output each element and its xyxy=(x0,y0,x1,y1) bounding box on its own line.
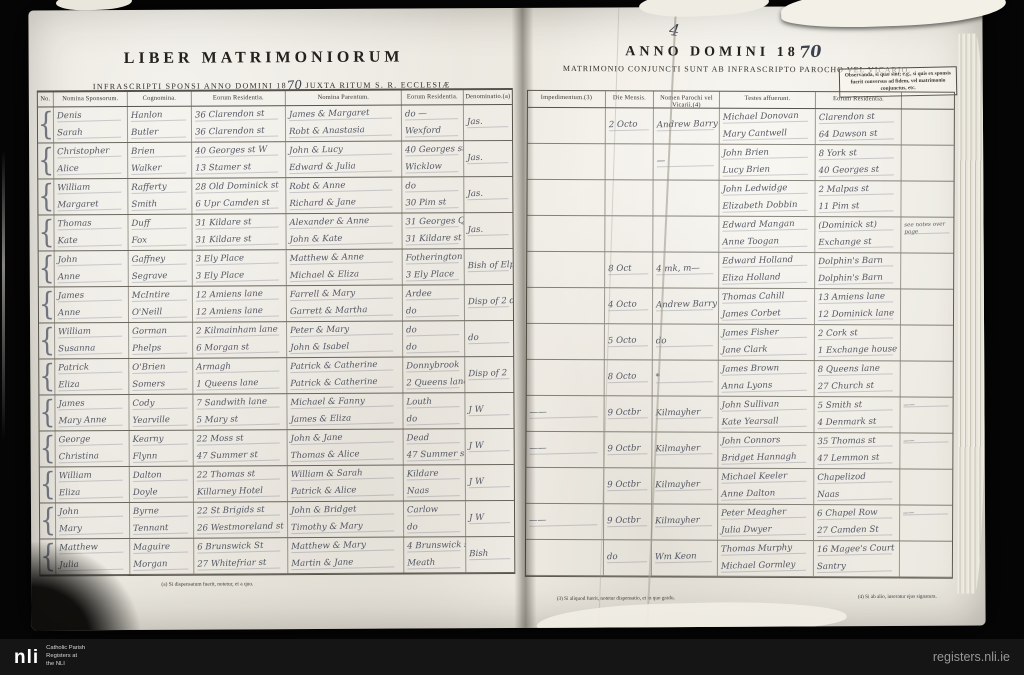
priest-cell: Andrew Barry xyxy=(654,108,720,143)
row-number-cell: { xyxy=(38,215,54,250)
observanda-cell xyxy=(900,469,952,504)
observanda-note xyxy=(904,146,953,164)
priest-name: Andrew Barry xyxy=(657,116,719,134)
marriage-date: 9 Octbr xyxy=(607,404,651,422)
witness-residence: Naas xyxy=(817,485,899,504)
sponsor-surname-cell: GormanPhelps xyxy=(129,323,193,358)
sponsor-first-name: John xyxy=(57,251,127,269)
priest-cell: Kilmayher xyxy=(652,504,718,539)
denomination: do xyxy=(468,329,513,347)
impediment-mark: —— xyxy=(529,439,603,458)
impediment-cell xyxy=(528,144,606,179)
impediment-cell xyxy=(527,324,605,359)
witness-residence-cell: 6 Chapel Row27 Camden St xyxy=(814,505,900,540)
date-cell: do xyxy=(604,540,652,575)
observanda-note xyxy=(904,254,953,272)
denomination-cell: Disp of 2 xyxy=(465,357,513,392)
witness-name: Julia Dwyer xyxy=(721,521,813,540)
parents-names: Garrett & Martha xyxy=(290,301,402,321)
sponsor-surname: Maguire xyxy=(133,539,193,557)
parents-names: Martin & Jane xyxy=(291,553,403,573)
observanda-cell xyxy=(900,541,952,576)
witness-residence: 5 Smith st xyxy=(817,397,899,415)
sponsor-residence-cell: 7 Sandwith lane5 Mary st xyxy=(193,394,287,429)
sponsor-first-name: Eliza xyxy=(58,376,128,395)
sponsor-surname-cell: McIntireO'Neill xyxy=(129,287,193,322)
witness-name-cell: Thomas CahillJames Corbet xyxy=(719,289,815,324)
sponsor-residence: 47 Summer st xyxy=(197,446,287,465)
marriage-entry-row: {WilliamSusannaGormanPhelps2 Kilmainham … xyxy=(39,321,513,359)
right-table-header: Impedimentum.(3)Die Mensis.Nomen Parochi… xyxy=(528,91,954,110)
sponsor-first-name-cell: ThomasKate xyxy=(54,215,128,250)
parents-names: Timothy & Mary xyxy=(291,517,403,537)
observanda-note xyxy=(904,326,953,344)
right-footnote-1: (3) Si aliquod fuerit, notetur dispensat… xyxy=(557,595,675,602)
sponsor-residence-cell: 3 Ely Place3 Ely Place xyxy=(193,250,287,285)
witness-residence: Dolphin's Barn xyxy=(818,269,900,288)
marriage-date: 8 Oct xyxy=(608,260,652,278)
parents-residence: Louth xyxy=(406,393,464,411)
denomination-cell: Jas. xyxy=(464,213,512,248)
date-cell: 4 Octo xyxy=(605,288,653,323)
impediment-cell: —— xyxy=(526,504,604,539)
nli-logo-glyph: nli xyxy=(14,648,39,667)
column-header: Nomina Parentum. xyxy=(286,91,402,106)
marriage-date: do xyxy=(607,548,651,566)
sponsor-residence: 13 Stamer st xyxy=(195,158,285,177)
parents-residence: do xyxy=(406,302,464,321)
right-table-body: 2 OctoAndrew BarryMichael DonovanMary Ca… xyxy=(526,108,954,578)
page-corner-shadow xyxy=(28,542,139,631)
parents-residence: Kildare xyxy=(407,465,465,483)
sponsor-residence-cell: 28 Old Dominick st6 Upr Camden st xyxy=(192,178,286,213)
sponsor-surname: Gaffney xyxy=(131,251,191,269)
sponsor-first-name: William xyxy=(58,323,128,341)
denomination-cell: J W xyxy=(466,429,514,464)
row-brace: { xyxy=(38,143,54,178)
sponsor-surname: Morgan xyxy=(133,555,193,574)
priest-cell: Kilmayher xyxy=(652,432,718,467)
witness-residence: 16 Magee's Court xyxy=(817,541,899,559)
parents-names: Patrick & Catherine xyxy=(290,373,402,393)
witness-name: Eliza Holland xyxy=(722,269,814,288)
sponsor-surname: Byrne xyxy=(133,503,193,521)
impediment-mark xyxy=(531,112,605,131)
witness-name-cell: Michael DonovanMary Cantwell xyxy=(720,109,816,144)
parents-residence: 4 Brunswick st xyxy=(407,537,465,555)
witness-residence: 4 Denmark st xyxy=(817,413,899,432)
observanda-cell xyxy=(901,361,953,396)
sponsor-first-name: Denis xyxy=(57,107,127,125)
parents-names-cell: John & BridgetTimothy & Mary xyxy=(288,502,404,538)
row-number-cell: { xyxy=(39,395,55,430)
parents-residence-cell: KildareNaas xyxy=(404,465,466,500)
impediment-mark xyxy=(530,256,604,275)
row-brace: { xyxy=(40,503,56,538)
parents-names-cell: Matthew & AnneMichael & Eliza xyxy=(287,250,403,286)
sponsor-first-name-cell: JamesMary Anne xyxy=(55,395,129,430)
observanda-note xyxy=(904,362,953,380)
impediment-cell: —— xyxy=(526,396,604,431)
denomination-cell: Jas. xyxy=(464,177,512,212)
parents-residence-cell: Louthdo xyxy=(403,393,465,428)
witness-residence: 2 Malpas st xyxy=(818,181,900,199)
sponsor-residence-cell: 2 Kilmainham lane6 Morgan st xyxy=(193,322,287,357)
witness-residence: Dolphin's Barn xyxy=(818,253,900,271)
sponsor-first-name-cell: JamesAnne xyxy=(55,287,129,322)
parents-residence: Meath xyxy=(407,554,465,573)
sponsor-residence-cell: 31 Kildare st31 Kildare st xyxy=(192,214,286,249)
sponsor-residence-cell: 22 Moss st47 Summer st xyxy=(194,430,288,465)
parents-residence-cell: do —Wexford xyxy=(402,105,464,140)
parents-residence: do — xyxy=(405,105,463,123)
observanda-note xyxy=(903,542,952,560)
witness-residence-cell: 13 Amiens lane12 Dominick lane xyxy=(815,289,901,324)
marriage-date xyxy=(608,149,652,167)
witness-residence: 6 Chapel Row xyxy=(817,505,899,523)
sponsor-residence-cell: 12 Amiens lane12 Amiens lane xyxy=(193,286,287,321)
sponsor-surname: Butler xyxy=(131,123,191,142)
sponsor-surname-cell: KearnyFlynn xyxy=(130,431,194,466)
priest-cell: * xyxy=(653,360,719,395)
row-brace: { xyxy=(40,467,56,502)
denomination-cell: J W xyxy=(465,393,513,428)
witness-residence-cell: 2 Malpas st11 Pim st xyxy=(815,181,901,216)
priest-name: 4 mk, m— xyxy=(656,260,718,278)
witness-name: Lucy Brien xyxy=(722,161,814,180)
parents-residence: 47 Summer st xyxy=(406,446,464,465)
parents-residence-cell: 31 Georges Quay31 Kildare st xyxy=(402,213,464,248)
witness-name: Mary Cantwell xyxy=(723,125,815,144)
sponsor-surname-cell: MaguireMorgan xyxy=(130,539,194,574)
sponsor-residence: 26 Westmoreland st xyxy=(197,518,287,537)
witness-residence-cell: Clarendon st64 Dawson st xyxy=(816,109,902,144)
parents-residence-cell: Fotherington3 Ely Place xyxy=(403,249,465,284)
row-brace: { xyxy=(39,287,55,322)
marriage-entry-row: {ThomasKateDuffFox31 Kildare st31 Kildar… xyxy=(38,213,512,251)
witness-name: Jane Clark xyxy=(722,341,814,360)
parents-residence-cell: Carlowdo xyxy=(404,501,466,536)
observanda-cell: see notes over page xyxy=(901,217,953,252)
impediment-cell xyxy=(527,180,605,215)
witness-residence: 2 Cork st xyxy=(818,325,900,343)
witness-residence: (Dominick st) xyxy=(818,217,900,235)
sponsor-surname-cell: BrienWalker xyxy=(128,143,192,178)
sponsor-first-name: John xyxy=(59,503,129,521)
row-brace: { xyxy=(40,431,56,466)
sponsor-surname: Gorman xyxy=(132,323,192,341)
priest-name: Kilmayher xyxy=(655,512,717,530)
parents-residence-cell: dodo xyxy=(403,321,465,356)
book-page-edges xyxy=(957,34,985,594)
parents-residence: do xyxy=(406,410,464,429)
witness-name: Anne Dalton xyxy=(721,485,813,504)
observanda-cell xyxy=(901,253,953,288)
row-number-cell: { xyxy=(40,503,56,538)
impediment-mark xyxy=(530,328,604,347)
sponsor-surname: Smith xyxy=(131,195,191,214)
impediment-mark xyxy=(529,544,603,563)
priest-name: * xyxy=(656,368,718,386)
impediment-cell xyxy=(527,252,605,287)
parents-names-cell: John & JaneThomas & Alice xyxy=(288,430,404,466)
column-header: Eorum Residentia. xyxy=(816,92,902,108)
witness-residence: 1 Exchange house xyxy=(818,341,900,360)
witness-name-cell: Edward ManganAnne Toogan xyxy=(719,217,815,252)
column-header: Eorum Residentia. xyxy=(402,90,464,104)
witness-name-cell: John ConnorsBridget Hannagh xyxy=(718,433,814,468)
parents-names-cell: Peter & MaryJohn & Isabel xyxy=(287,322,403,358)
parents-residence: do xyxy=(405,177,463,195)
sponsor-surname: Doyle xyxy=(133,483,193,502)
marriage-date: 9 Octbr xyxy=(607,440,651,458)
witness-residence-cell: Dolphin's BarnDolphin's Barn xyxy=(815,253,901,288)
witness-residence: 11 Pim st xyxy=(818,197,900,216)
register-left-page: LIBER MATRIMONIORUM INFRASCRIPTI SPONSI … xyxy=(28,8,523,631)
witness-residence-cell: 5 Smith st4 Denmark st xyxy=(814,397,900,432)
denomination-cell: Jas. xyxy=(464,141,512,176)
parents-residence: Wexford xyxy=(405,122,463,141)
denomination: Disp of 2 d. xyxy=(468,293,513,311)
marriage-record-row: doWm KeonThomas MurphyMichael Gormley16 … xyxy=(526,540,952,578)
sponsor-residence-cell: 22 St Brigids st26 Westmoreland st xyxy=(194,502,288,537)
witness-name: Kate Yearsall xyxy=(721,413,813,432)
sponsor-residence: 3 Ely Place xyxy=(196,266,286,285)
parents-residence: 31 Georges Quay xyxy=(405,213,463,231)
marriage-entry-row: {GeorgeChristinaKearnyFlynn22 Moss st47 … xyxy=(40,429,514,467)
impediment-mark xyxy=(530,148,604,167)
marriage-date: 8 Octo xyxy=(608,368,652,386)
impediment-cell xyxy=(526,468,604,503)
row-brace: { xyxy=(39,395,55,430)
witness-residence: 64 Dawson st xyxy=(819,125,901,144)
date-cell: 9 Octbr xyxy=(604,504,652,539)
conjuncti-table: Impedimentum.(3)Die Mensis.Nomen Parochi… xyxy=(525,90,955,579)
observanda-cell xyxy=(901,289,953,324)
observanda-note xyxy=(904,182,953,200)
column-header: Nomen Parochi vel Vicarii.(4) xyxy=(654,91,720,107)
priest-cell: Kilmayher xyxy=(652,468,718,503)
nli-logo: nli Catholic Parish Registers at the NLI xyxy=(14,645,85,668)
marriage-record-row: ——9 OctbrKilmayherPeter MeagherJulia Dwy… xyxy=(526,504,952,542)
priest-cell: Kilmayher xyxy=(652,396,718,431)
left-page-title: LIBER MATRIMONIORUM xyxy=(29,48,499,68)
sponsor-residence-cell: Armagh1 Queens lane xyxy=(193,358,287,393)
sponsor-residence: 6 Morgan st xyxy=(196,338,286,357)
impediment-cell xyxy=(528,108,606,143)
sponsor-residence-cell: 40 Georges st W13 Stamer st xyxy=(192,142,286,177)
denomination-cell: J W xyxy=(466,501,514,536)
row-brace: { xyxy=(39,323,55,358)
sponsor-first-name: George xyxy=(58,431,128,449)
marriage-entry-row: {DenisSarahHanlonButler36 Clarendon st36… xyxy=(38,105,512,143)
parents-residence: 30 Pim st xyxy=(405,194,463,213)
sponsor-residence-cell: 36 Clarendon st36 Clarendon st xyxy=(192,106,286,141)
column-header xyxy=(902,92,954,108)
parents-residence: Donnybrook xyxy=(406,357,464,375)
row-number-cell: { xyxy=(39,251,55,286)
marriage-date xyxy=(608,185,652,203)
sponsor-surname: Cody xyxy=(132,395,192,413)
sponsor-first-name: Alice xyxy=(57,160,127,179)
marriage-entry-row: {WilliamElizaDaltonDoyle22 Thomas stKill… xyxy=(40,465,514,503)
witness-residence: 8 York st xyxy=(819,145,901,163)
witness-residence: Chapelizod xyxy=(817,469,899,487)
witness-residence: 13 Amiens lane xyxy=(818,289,900,307)
marriage-entry-row: {JohnMaryByrneTennant22 St Brigids st26 … xyxy=(40,501,514,539)
impediment-mark xyxy=(529,472,603,491)
impediment-mark xyxy=(530,292,604,311)
impediment-mark xyxy=(530,364,604,383)
denomination: Jas. xyxy=(467,221,512,239)
priest-name: Kilmayher xyxy=(655,476,717,494)
sponsor-surname: Flynn xyxy=(133,447,193,466)
observanda-cell: —— xyxy=(900,505,952,540)
parents-residence-cell: do30 Pim st xyxy=(402,177,464,212)
row-brace: { xyxy=(38,107,54,142)
witness-residence-cell: (Dominick st)Exchange st xyxy=(815,217,901,252)
sponsor-first-name: Christina xyxy=(59,448,129,467)
impediment-cell xyxy=(527,216,605,251)
marriage-record-row: ——9 OctbrKilmayherJohn ConnorsBridget Ha… xyxy=(526,432,952,470)
row-number-cell: { xyxy=(38,179,54,214)
sponsor-residence: Killarney Hotel xyxy=(197,482,287,501)
date-cell: 9 Octbr xyxy=(604,432,652,467)
sponsor-surname-cell: CodyYearville xyxy=(129,395,193,430)
observanda-note: —— xyxy=(903,401,952,419)
parents-residence-cell: 40 Georges stWicklow xyxy=(402,141,464,176)
witness-residence: 27 Church st xyxy=(817,377,899,396)
parents-names-cell: William & SarahPatrick & Alice xyxy=(288,466,404,502)
marriage-record-row: —John BrienLucy Brien8 York st40 Georges… xyxy=(528,144,954,182)
date-cell: 2 Octo xyxy=(606,108,654,143)
sponsor-surname: McIntire xyxy=(132,287,192,305)
date-cell: 5 Octo xyxy=(605,324,653,359)
witness-residence: Clarendon st xyxy=(819,109,901,127)
parents-names-cell: James & MargaretRobt & Anastasia xyxy=(286,106,402,142)
sponsor-first-name-cell: PatrickEliza xyxy=(55,359,129,394)
sponsor-surname: Dalton xyxy=(133,467,193,485)
date-cell: 8 Octo xyxy=(605,360,653,395)
column-header: Denominatio.(a) xyxy=(464,90,512,104)
witness-name-cell: Edward HollandEliza Holland xyxy=(719,253,815,288)
marriage-entry-row: {JohnAnneGaffneySegrave3 Ely Place3 Ely … xyxy=(39,249,513,287)
denomination: J W xyxy=(468,437,513,455)
priest-name: Kilmayher xyxy=(655,440,717,458)
row-number-cell: { xyxy=(39,359,55,394)
priest-cell: do xyxy=(653,324,719,359)
parents-names: Richard & Jane xyxy=(289,193,401,213)
sponsor-first-name: Eliza xyxy=(59,484,129,503)
observanda-note: —— xyxy=(903,437,952,455)
impediment-cell xyxy=(527,360,605,395)
denomination: Disp of 2 xyxy=(468,365,513,383)
sponsor-first-name: Anne xyxy=(58,304,128,323)
witness-residence: 47 Lemmon st xyxy=(817,449,899,468)
observanda-note: see notes over page xyxy=(904,221,953,239)
row-number-cell: { xyxy=(40,431,56,466)
sponsor-residence-cell: 6 Brunswick St27 Whitefriar st xyxy=(194,538,288,573)
witness-name-cell: Thomas MurphyMichael Gormley xyxy=(718,541,814,576)
witness-name: Anne Toogan xyxy=(722,233,814,252)
column-header: Testes affuerunt. xyxy=(720,92,816,108)
sponsor-surname: Walker xyxy=(131,159,191,178)
denomination-cell: do xyxy=(465,321,513,356)
witness-name-cell: John SullivanKate Yearsall xyxy=(718,397,814,432)
parents-residence: do xyxy=(406,321,464,339)
row-number-cell: { xyxy=(38,107,54,142)
witness-residence: Exchange st xyxy=(818,233,900,252)
marriage-entry-row: {JamesAnneMcIntireO'Neill12 Amiens lane1… xyxy=(39,285,513,323)
observanda-cell xyxy=(901,181,953,216)
sponsor-surname: Fox xyxy=(131,231,191,250)
observanda-note xyxy=(904,290,953,308)
sponsor-first-name-cell: DenisSarah xyxy=(54,107,128,142)
marriage-record-row: 9 OctbrKilmayherMichael KeelerAnne Dalto… xyxy=(526,468,952,506)
observanda-cell xyxy=(901,325,953,360)
parents-residence: Wicklow xyxy=(405,158,463,177)
date-cell: 8 Oct xyxy=(605,252,653,287)
impediment-mark xyxy=(530,184,604,203)
marriage-record-row: John LedwidgeElizabeth Dobbin2 Malpas st… xyxy=(527,180,953,218)
witness-name: Bridget Hannagh xyxy=(721,449,813,468)
witness-name-cell: Michael KeelerAnne Dalton xyxy=(718,469,814,504)
marriage-record-row: Edward ManganAnne Toogan(Dominick st)Exc… xyxy=(527,216,953,254)
priest-cell: Wm Keon xyxy=(652,540,718,575)
witness-residence: 8 Queens lane xyxy=(818,361,900,379)
sponsor-residence: 36 Clarendon st xyxy=(195,122,285,141)
handwritten-year: 70 xyxy=(798,41,821,61)
marriage-entry-row: {JamesMary AnneCodyYearville7 Sandwith l… xyxy=(39,393,513,431)
sponsor-surname: Rafferty xyxy=(131,179,191,197)
date-cell: 9 Octbr xyxy=(604,396,652,431)
parents-residence-cell: 4 Brunswick stMeath xyxy=(404,537,466,572)
witness-name: Anna Lyons xyxy=(721,377,813,396)
parents-names: Thomas & Alice xyxy=(291,445,403,465)
parents-residence: 31 Kildare st xyxy=(405,230,463,249)
sponsor-first-name: Christopher xyxy=(57,143,127,161)
column-header: Die Mensis. xyxy=(606,91,654,107)
denomination: Jas. xyxy=(467,185,512,203)
sponsor-surname-cell: DuffFox xyxy=(128,215,192,250)
sponsor-first-name: William xyxy=(59,467,129,485)
sponsor-first-name-cell: ChristopherAlice xyxy=(54,143,128,178)
witness-residence-cell: 35 Thomas st47 Lemmon st xyxy=(814,433,900,468)
denomination-cell: J W xyxy=(466,465,514,500)
row-brace: { xyxy=(38,215,54,250)
priest-name: Kilmayher xyxy=(655,404,717,422)
denomination: Jas. xyxy=(467,113,512,131)
row-number-cell: { xyxy=(40,467,56,502)
parents-names: Robt & Anastasia xyxy=(289,121,401,141)
parents-residence-cell: Ardeedo xyxy=(403,285,465,320)
witness-residence: Santry xyxy=(817,557,899,576)
parents-residence: Carlow xyxy=(407,501,465,519)
witness-residence-cell: 8 Queens lane27 Church st xyxy=(815,361,901,396)
impediment-cell xyxy=(527,288,605,323)
sponsor-first-name-cell: GeorgeChristina xyxy=(56,431,130,466)
parents-residence: do xyxy=(407,518,465,537)
photo-edge-streak xyxy=(2,150,5,440)
sponsor-residence: 5 Mary st xyxy=(196,410,286,429)
parents-names-cell: Farrell & MaryGarrett & Martha xyxy=(287,286,403,322)
parents-names: Edward & Julia xyxy=(289,157,401,177)
right-footnote-2: (4) Si ab alio, inseratur ejus signatura… xyxy=(858,594,937,600)
marriage-date: 5 Octo xyxy=(608,332,652,350)
sponsor-surname: Tennant xyxy=(133,519,193,538)
sponsor-first-name-cell: WilliamMargaret xyxy=(54,179,128,214)
impediment-cell xyxy=(526,540,604,575)
